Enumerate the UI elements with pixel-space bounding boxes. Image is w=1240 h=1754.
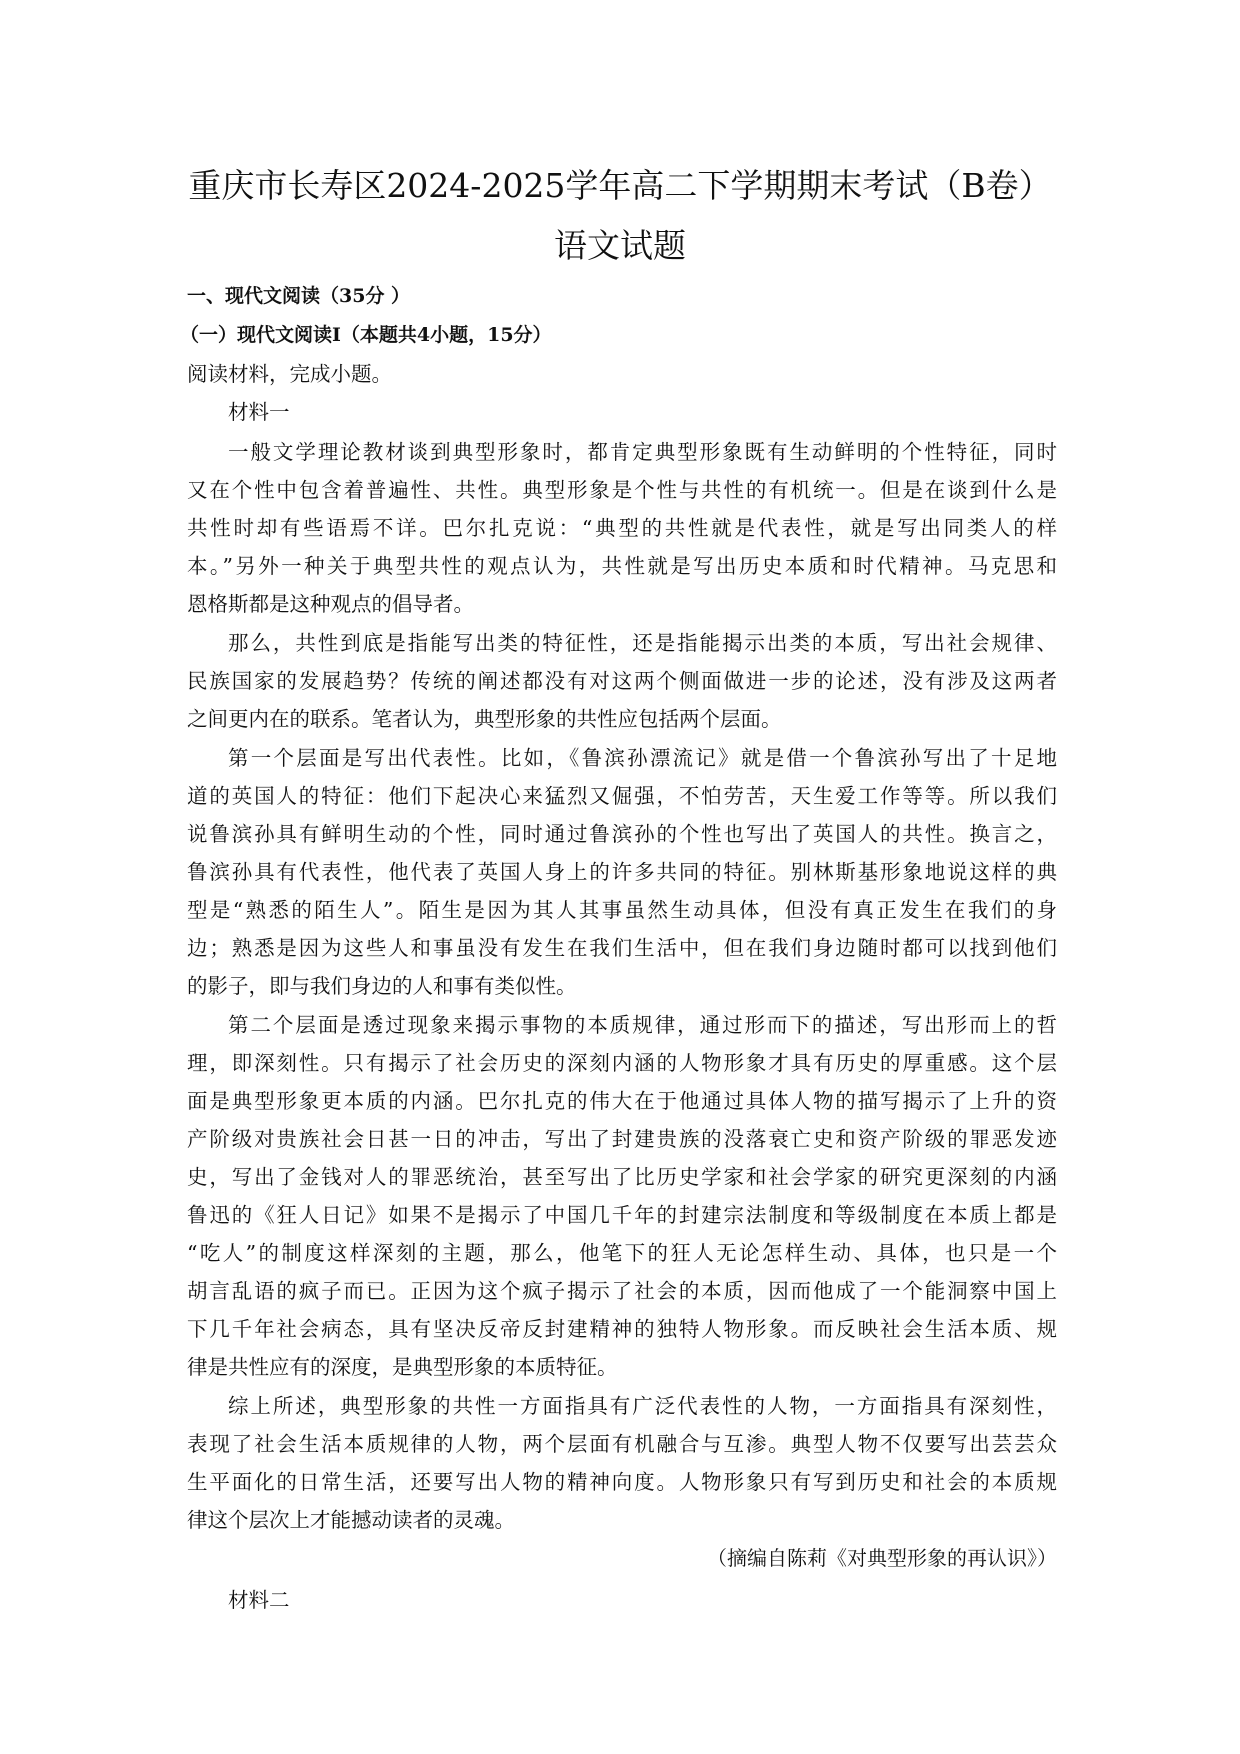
- paragraph-line: 又在个性中包含着普遍性、共性。典型形象是个性与共性的有机统一。但是在谈到什么是: [187, 473, 1057, 503]
- paragraph-line: 下几千年社会病态，具有坚决反帝反封建精神的独特人物形象。而反映社会生活本质、规: [187, 1312, 1057, 1342]
- paragraph-line: 一般文学理论教材谈到典型形象时，都肯定典型形象既有生动鲜明的个性特征，同时: [228, 435, 1057, 465]
- paragraph-line: 史，写出了金钱对人的罪恶统治，甚至写出了比历史学家和社会学家的研究更深刻的内涵: [187, 1160, 1057, 1190]
- paragraph-line: 恩格斯都是这种观点的倡导者。: [187, 587, 1057, 617]
- paragraph-line: 边；熟悉是因为这些人和事虽没有发生在我们生活中，但在我们身边随时都可以找到他们: [187, 931, 1057, 961]
- paragraph-line: 说鲁滨孙具有鲜明生动的个性，同时通过鲁滨孙的个性也写出了英国人的共性。换言之，: [187, 817, 1057, 847]
- paragraph-line: 律是共性应有的深度，是典型形象的本质特征。: [187, 1350, 1057, 1380]
- paragraph-line: 道的英国人的特征：他们下起决心来猛烈又倔强，不怕劳苦，天生爱工作等等。所以我们: [187, 779, 1057, 809]
- exam-subject-title: 语文试题: [0, 220, 1240, 267]
- paragraph-line: 生平面化的日常生活，还要写出人物的精神向度。人物形象只有写到历史和社会的本质规: [187, 1465, 1057, 1495]
- paragraph-line: “吃人”的制度这样深刻的主题，那么，他笔下的狂人无论怎样生动、具体，也只是一个: [187, 1236, 1057, 1266]
- paragraph-line: 的影子，即与我们身边的人和事有类似性。: [187, 969, 1057, 999]
- material-two-label: 材料二: [228, 1583, 1057, 1613]
- paragraph-line: 鲁滨孙具有代表性，他代表了英国人身上的许多共同的特征。别林斯基形象地说这样的典: [187, 855, 1057, 885]
- paragraph-line: 民族国家的发展趋势？传统的阐述都没有对这两个侧面做进一步的论述，没有涉及这两者: [187, 664, 1057, 694]
- source-citation: （摘编自陈莉《对典型形象的再认识》）: [707, 1542, 1057, 1571]
- instruction-text: 阅读材料，完成小题。: [187, 357, 1057, 387]
- material-one-label: 材料一: [228, 395, 1057, 425]
- paragraph-line: 型是“熟悉的陌生人”。陌生是因为其人其事虽然生动具体，但没有真正发生在我们的身: [187, 893, 1057, 923]
- paragraph-line: 表现了社会生活本质规律的人物，两个层面有机融合与互渗。典型人物不仅要写出芸芸众: [187, 1427, 1057, 1457]
- paragraph-line: 第二个层面是透过现象来揭示事物的本质规律，通过形而下的描述，写出形而上的哲: [228, 1008, 1057, 1038]
- paragraph-line: 本。”另外一种关于典型共性的观点认为，共性就是写出历史本质和时代精神。马克思和: [187, 549, 1057, 579]
- paragraph-line: 之间更内在的联系。笔者认为，典型形象的共性应包括两个层面。: [187, 702, 1057, 732]
- subsection-heading: （一）现代文阅读Ⅰ（本题共4小题，15分）: [180, 320, 552, 347]
- paragraph-line: 第一个层面是写出代表性。比如，《鲁滨孙漂流记》就是借一个鲁滨孙写出了十足地: [228, 741, 1057, 771]
- paragraph-line: 综上所述，典型形象的共性一方面指具有广泛代表性的人物，一方面指具有深刻性，: [228, 1389, 1057, 1419]
- paragraph-line: 共性时却有些语焉不详。巴尔扎克说：“典型的共性就是代表性，就是写出同类人的样: [187, 511, 1057, 541]
- section-heading: 一、现代文阅读（35分 ）: [187, 281, 410, 308]
- paragraph-line: 产阶级对贵族社会日甚一日的冲击，写出了封建贵族的没落衰亡史和资产阶级的罪恶发迹: [187, 1122, 1057, 1152]
- paragraph-line: 胡言乱语的疯子而已。正因为这个疯子揭示了社会的本质，因而他成了一个能洞察中国上: [187, 1274, 1057, 1304]
- paragraph-line: 理，即深刻性。只有揭示了社会历史的深刻内涵的人物形象才具有历史的厚重感。这个层: [187, 1046, 1057, 1076]
- paragraph-line: 那么，共性到底是指能写出类的特征性，还是指能揭示出类的本质，写出社会规律、: [228, 626, 1057, 656]
- exam-title: 重庆市长寿区2024-2025学年高二下学期期末考试（B卷）: [0, 160, 1240, 207]
- exam-page: 重庆市长寿区2024-2025学年高二下学期期末考试（B卷） 语文试题 一、现代…: [0, 0, 1240, 1754]
- paragraph-line: 鲁迅的《狂人日记》如果不是揭示了中国几千年的封建宗法制度和等级制度在本质上都是: [187, 1198, 1057, 1228]
- paragraph-line: 面是典型形象更本质的内涵。巴尔扎克的伟大在于他通过具体人物的描写揭示了上升的资: [187, 1084, 1057, 1114]
- paragraph-line: 律这个层次上才能撼动读者的灵魂。: [187, 1503, 1057, 1533]
